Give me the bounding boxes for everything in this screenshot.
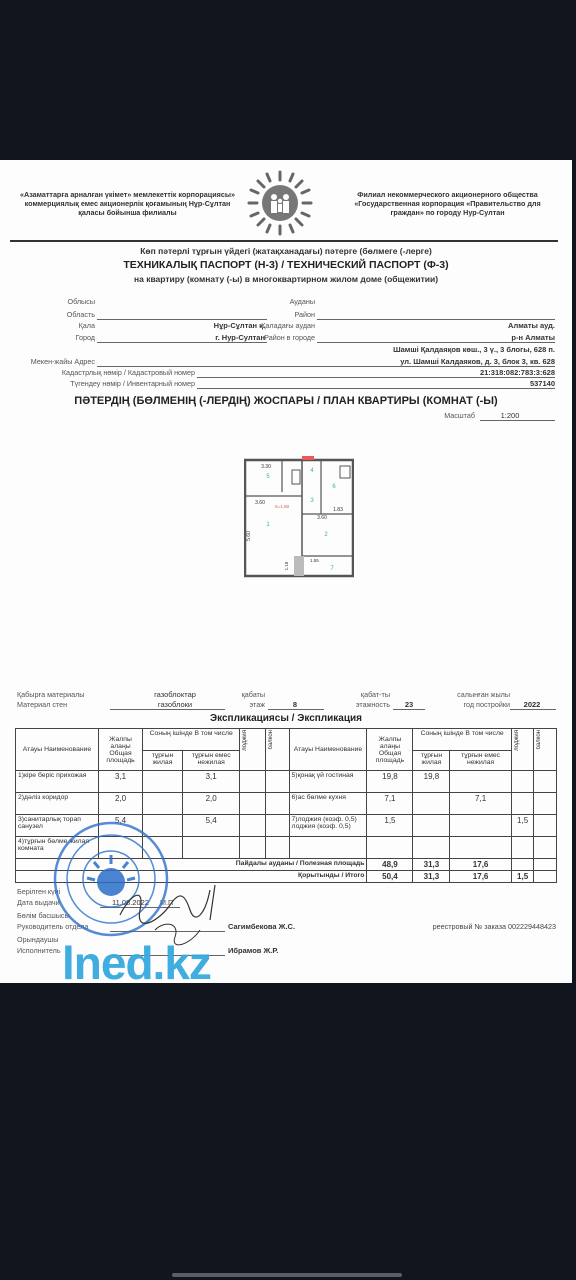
total-nonliving: 17,6 [450, 871, 511, 883]
field-line [510, 709, 556, 710]
oblast-label: Область [20, 310, 95, 319]
cell-nonliving: 3,1 [182, 771, 239, 793]
cell-balcony [534, 815, 557, 837]
floor-value: 8 [270, 700, 320, 709]
header-balcony-cell: балкон [265, 729, 289, 771]
cell-total: 19,8 [367, 771, 413, 793]
table-row: 1)кіре беріс прихожая3,13,15)қонақ үй го… [16, 771, 557, 793]
useful-living: 31,3 [413, 859, 450, 871]
cell-nonliving [182, 837, 239, 859]
header-incl: Соның ішінде В том числе [143, 729, 240, 751]
header-loggia-cell: лоджия [511, 729, 534, 771]
cell-living [143, 793, 183, 815]
field-line [268, 709, 324, 710]
cell-loggia [511, 837, 534, 859]
cell-living [413, 837, 450, 859]
city-district-ru-label: Район в городе [240, 333, 315, 342]
cell-name: 7)лоджия (коэф. 0,5) лоджия (коэф. 0,5) [289, 815, 367, 837]
year-value: 2022 [512, 700, 552, 709]
svg-text:4: 4 [310, 468, 314, 474]
cell-loggia [240, 793, 266, 815]
cell-living [413, 815, 450, 837]
title-main: ТЕХНИКАЛЫҚ ПАСПОРТ (Н-3) / ТЕХНИЧЕСКИЙ П… [0, 259, 572, 271]
right-org-header: Филиал некоммерческого акционерного обще… [330, 190, 565, 217]
left-org-line: коммерциялық емес акционерлік қоғамының … [10, 199, 245, 208]
cadastral-value: 21:318:082:783:3:628 [380, 368, 555, 377]
field-line [197, 377, 555, 378]
header-living: тұрғын жилая [143, 751, 183, 771]
field-line [317, 319, 555, 320]
cell-balcony [534, 793, 557, 815]
cell-total: 7,1 [367, 793, 413, 815]
cell-name [289, 837, 367, 859]
cell-nonliving: 2,0 [182, 793, 239, 815]
field-line [393, 709, 425, 710]
svg-text:5: 5 [266, 474, 270, 480]
header-loggia: лоджия [242, 730, 248, 751]
total-loggia: 1,5 [511, 871, 534, 883]
header-balcony: балкон [536, 730, 542, 749]
svg-text:5.60: 5.60 [246, 531, 252, 541]
floor-label-kz: қабаты [210, 690, 265, 699]
watermark: lned.kz [62, 936, 211, 990]
address-label: Мекен-жайы Адрес [5, 357, 95, 366]
inventory-label: Түгендеу нөмір / Инвентарный номер [10, 379, 195, 388]
title-ru: на квартиру (комнату (-ы) в многоквартир… [0, 274, 572, 284]
svg-text:1: 1 [266, 522, 270, 528]
registry-number: реестровый № заказа 002229448423 [360, 922, 556, 931]
cadastral-label: Кадастрлық нөмір / Кадастровый номер [10, 368, 195, 377]
left-org-line: қаласы бойынша филиалы [10, 208, 245, 217]
cell-loggia: 1,5 [511, 815, 534, 837]
cell-balcony [265, 793, 289, 815]
cell-nonliving: 5,4 [182, 815, 239, 837]
raion-label: Район [260, 310, 315, 319]
year-label-kz: салынған жылы [430, 690, 510, 699]
plan-title: ПӘТЕРДІҢ (БӨЛМЕНІҢ (-ЛЕРДІҢ) ЖОСПАРЫ / П… [0, 395, 572, 407]
cell-total [367, 837, 413, 859]
svg-text:1.18: 1.18 [284, 561, 289, 570]
cell-balcony [265, 771, 289, 793]
explication-title: Экспликациясы / Экспликация [0, 713, 572, 724]
cell-name: 2)дәліз коридор [16, 793, 99, 815]
city-district-ru-value: р-н Алматы [400, 333, 555, 342]
svg-text:3.60: 3.60 [317, 515, 327, 521]
cell-balcony [534, 837, 557, 859]
storeys-label-ru: этажность [330, 700, 390, 709]
storeys-value: 23 [395, 700, 423, 709]
cell-total: 1,5 [367, 815, 413, 837]
header-name: Атауы Наименование [16, 729, 99, 771]
right-org-line: «Государственная корпорация «Правительст… [330, 199, 565, 208]
table-header-row: Атауы Наименование Жалпы алаңы Общая пло… [16, 729, 557, 751]
cell-balcony [534, 771, 557, 793]
cell-loggia [240, 771, 266, 793]
head-name: Сагимбекова Ж.С. [228, 922, 328, 931]
table-row: 2)дәліз коридор2,02,06)ас бөлме кухня7,1… [16, 793, 557, 815]
cell-name: 5)қонақ үй гостиная [289, 771, 367, 793]
floor-plan: 3.30 3.60 3.60 1.83 5.60 1.18 1.55 5 1 6… [244, 456, 354, 578]
header-nonliving: тұрғын емес нежилая [450, 751, 511, 771]
header-name: Атауы Наименование [289, 729, 367, 771]
cell-total: 3,1 [98, 771, 142, 793]
title-kz: Көп пәтерлі тұрғын үйдегі (жатақханадағы… [0, 246, 572, 256]
useful-total: 48,9 [367, 859, 413, 871]
gorod-label: Город [20, 333, 95, 342]
field-line [97, 342, 267, 343]
header-balcony: балкон [268, 730, 274, 749]
field-line [97, 366, 555, 367]
wall-label-kz: Қабырға материалы [17, 690, 102, 699]
city-district-kz-label: Қаладағы аудан [240, 321, 315, 330]
header-balcony-cell: балкон [534, 729, 557, 771]
useful-loggia [511, 859, 534, 871]
svg-text:3.60: 3.60 [255, 500, 265, 506]
header-living: тұрғын жилая [413, 751, 450, 771]
wall-label-ru: Материал стен [17, 700, 102, 709]
right-org-line: Филиал некоммерческого акционерного обще… [330, 190, 565, 199]
scale-value: 1:200 [480, 411, 540, 420]
floor-label-ru: этаж [210, 700, 265, 709]
cell-balcony [265, 837, 289, 859]
svg-text:3.30: 3.30 [261, 464, 271, 470]
header-loggia: лоджия [514, 730, 520, 751]
svg-text:1.55: 1.55 [310, 558, 319, 563]
header-total: Жалпы алаңы Общая площадь [367, 729, 413, 771]
field-line [197, 388, 555, 389]
total-balcony [534, 871, 557, 883]
cell-living [413, 793, 450, 815]
field-line [317, 342, 555, 343]
cell-loggia [511, 793, 534, 815]
header-loggia-cell: лоджия [240, 729, 266, 771]
address-kz-value: Шамші Қалдаяқов көш., 3 ү., 3 блогы, 628… [280, 345, 555, 354]
total-total: 50,4 [367, 871, 413, 883]
audany-label: Ауданы [260, 297, 315, 306]
cell-loggia [240, 837, 266, 859]
cell-nonliving [450, 815, 511, 837]
total-living: 31,3 [413, 871, 450, 883]
header-nonliving: тұрғын емес нежилая [182, 751, 239, 771]
header-total: Жалпы алаңы Общая площадь [98, 729, 142, 771]
inventory-value: 537140 [380, 379, 555, 388]
header-incl: Соның ішінде В том числе [413, 729, 511, 751]
year-label-ru: год постройки [430, 700, 510, 709]
svg-text:2: 2 [324, 532, 328, 538]
oblys-label: Облысы [20, 297, 95, 306]
address-ru-value: ул. Шамші Калдаяков, д. 3, блок 3, кв. 6… [280, 357, 555, 366]
cell-name: 6)ас бөлме кухня [289, 793, 367, 815]
left-org-line: «Азаматтарға арналған үкімет» мемлекетті… [10, 190, 245, 199]
cell-living [143, 771, 183, 793]
cell-loggia [240, 815, 266, 837]
sun-family-logo-icon [247, 170, 313, 236]
field-line [110, 709, 225, 710]
svg-text:7: 7 [330, 566, 334, 572]
city-district-kz-value: Алматы ауд. [400, 321, 555, 330]
exec-label-ru: Исполнитель [17, 946, 61, 955]
right-org-line: граждан» по городу Нур-Султан [330, 208, 565, 217]
header-divider [10, 240, 558, 242]
cell-nonliving [450, 837, 511, 859]
cell-name: 1)кіре беріс прихожая [16, 771, 99, 793]
field-line [97, 319, 267, 320]
cell-living: 19,8 [413, 771, 450, 793]
document-image: «Азаматтарға арналған үкімет» мемлекетті… [0, 160, 572, 983]
cell-balcony [265, 815, 289, 837]
kala-label: Қала [20, 321, 95, 330]
cell-loggia [511, 771, 534, 793]
field-line [480, 420, 555, 421]
scale-label: Масштаб [400, 411, 475, 420]
svg-text:S=1.80: S=1.80 [275, 504, 290, 509]
cell-nonliving [450, 771, 511, 793]
useful-balcony [534, 859, 557, 871]
cell-nonliving: 7,1 [450, 793, 511, 815]
svg-text:3: 3 [310, 498, 314, 504]
svg-text:1.83: 1.83 [333, 507, 343, 513]
storeys-label-kz: қабат-ты [330, 690, 390, 699]
left-org-header: «Азаматтарға арналған үкімет» мемлекетті… [10, 190, 245, 217]
exec-name: Ибрамов Ж.Р. [228, 946, 328, 955]
useful-nonliving: 17,6 [450, 859, 511, 871]
svg-text:6: 6 [332, 484, 336, 490]
home-indicator[interactable] [172, 1273, 402, 1277]
cell-total: 2,0 [98, 793, 142, 815]
